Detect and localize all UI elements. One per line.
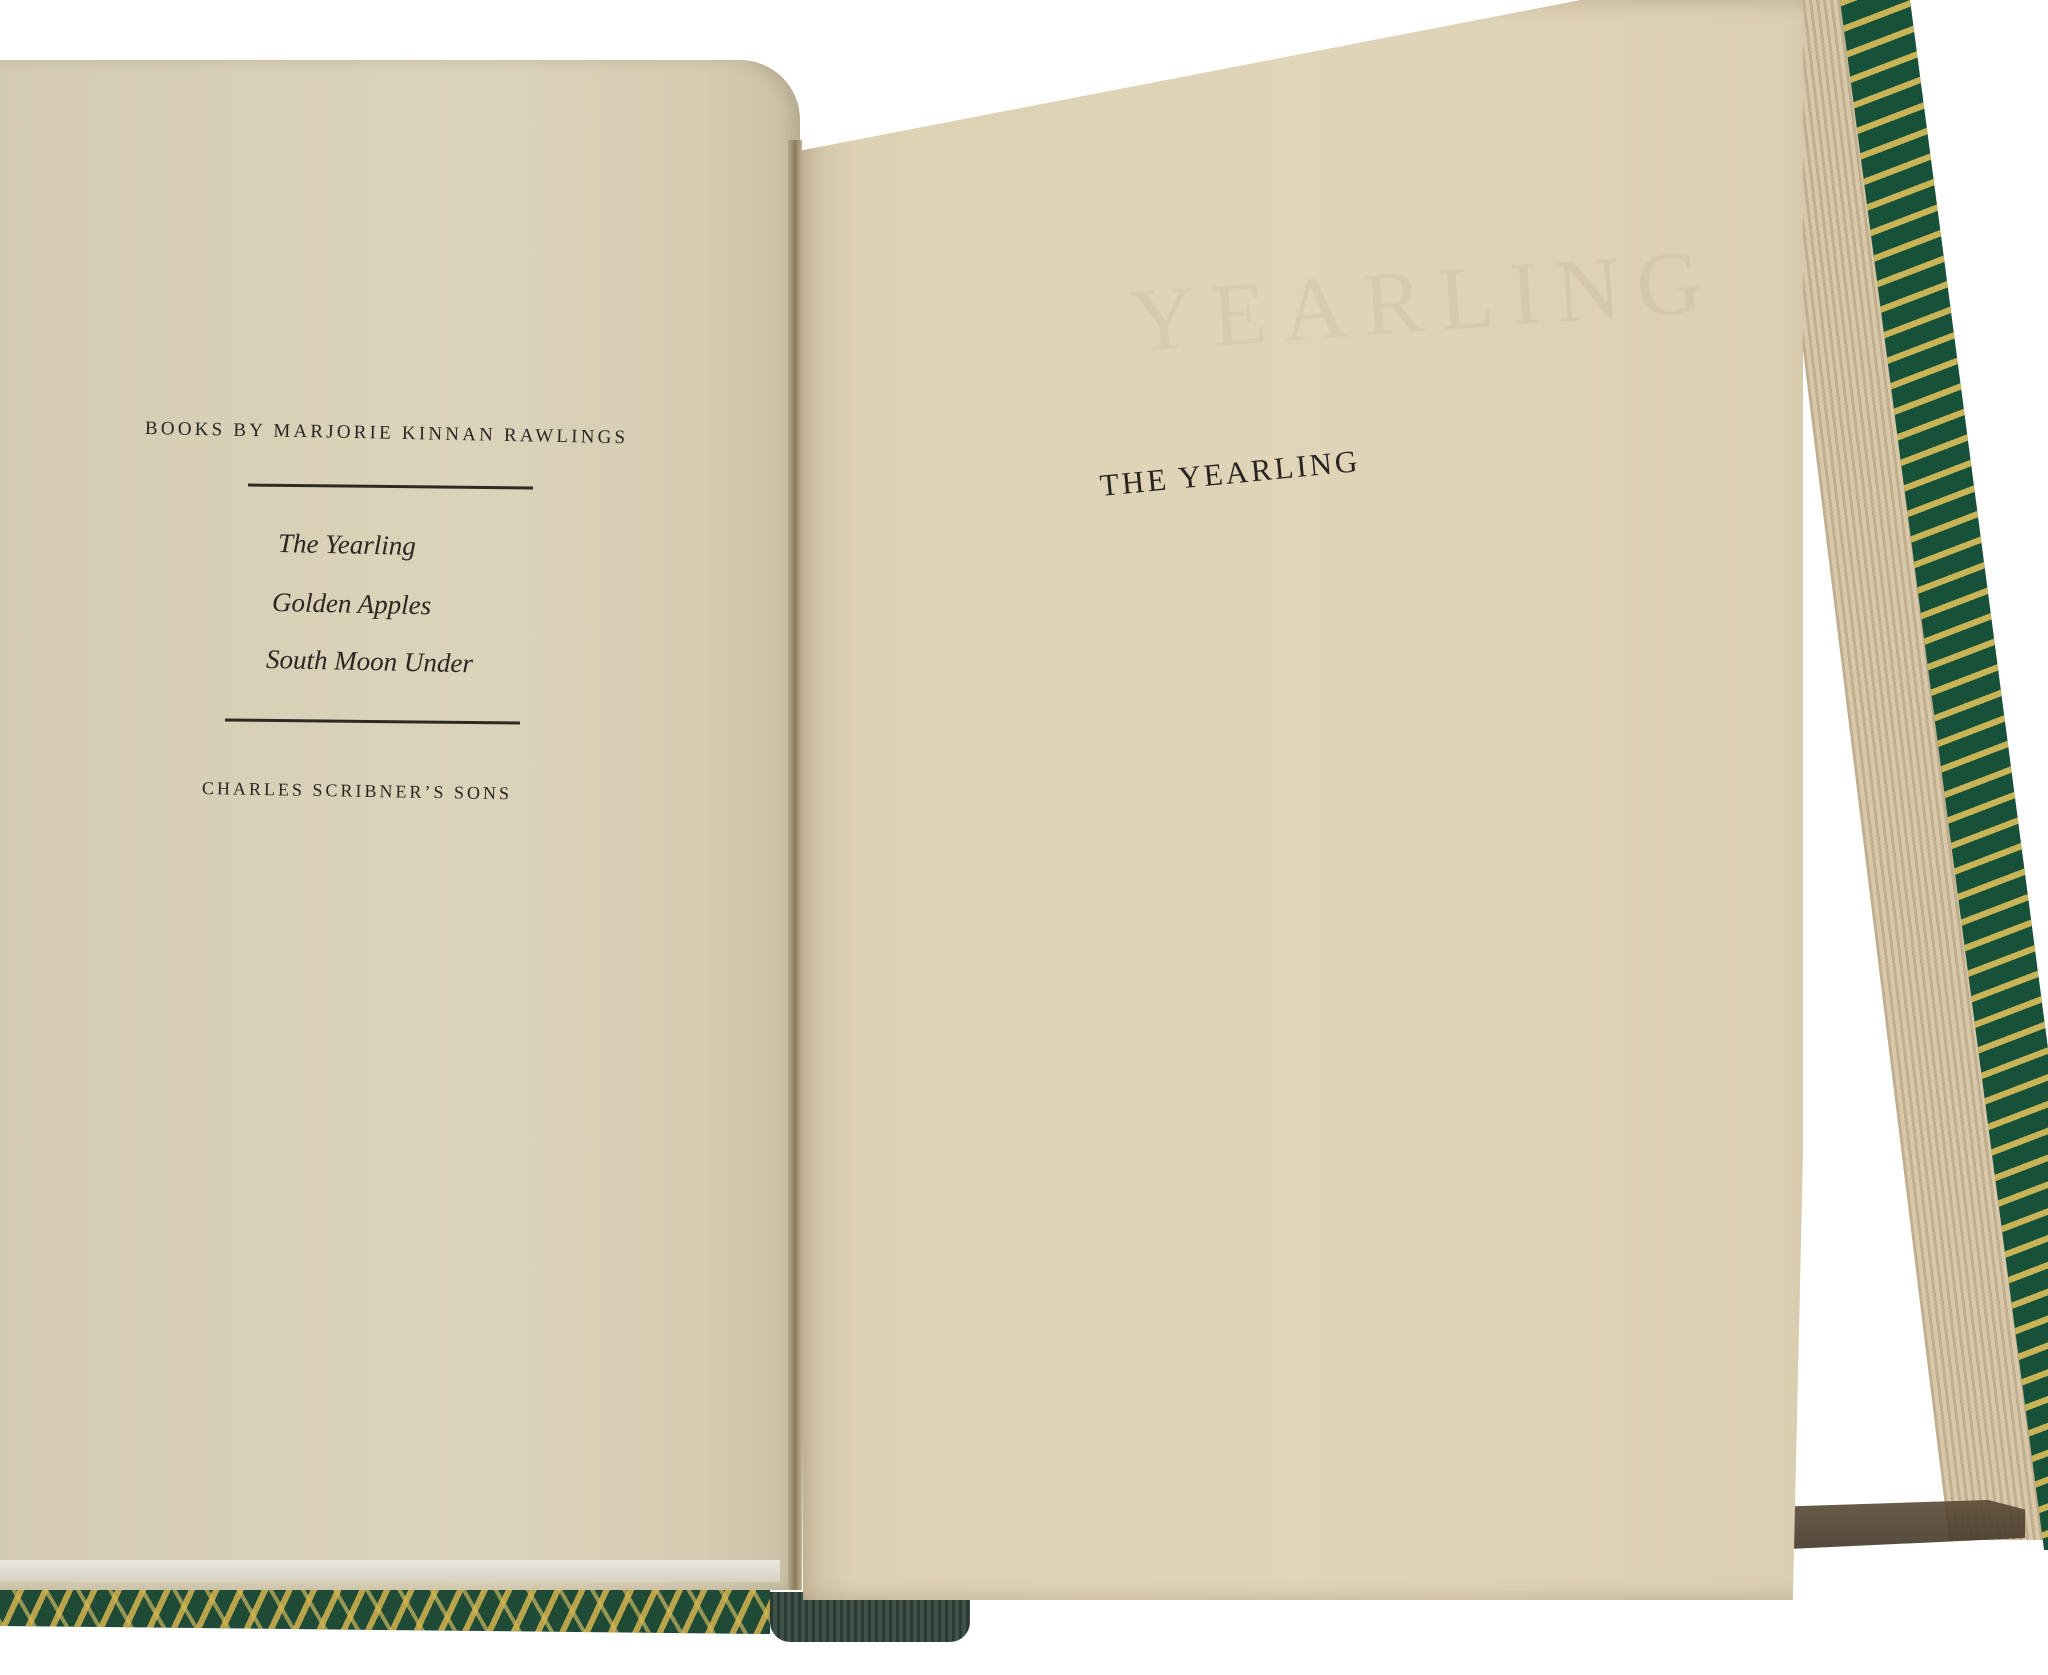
left-page-bottom-sheet — [0, 1560, 780, 1582]
title-item: The Yearling — [278, 528, 416, 562]
open-book-photo: BOOKS BY MARJORIE KINNAN RAWLINGS The Ye… — [0, 0, 2048, 1675]
left-page — [0, 60, 800, 1590]
title-item: Golden Apples — [272, 587, 432, 621]
book-gutter — [788, 140, 802, 1590]
title-item: South Moon Under — [266, 644, 474, 679]
